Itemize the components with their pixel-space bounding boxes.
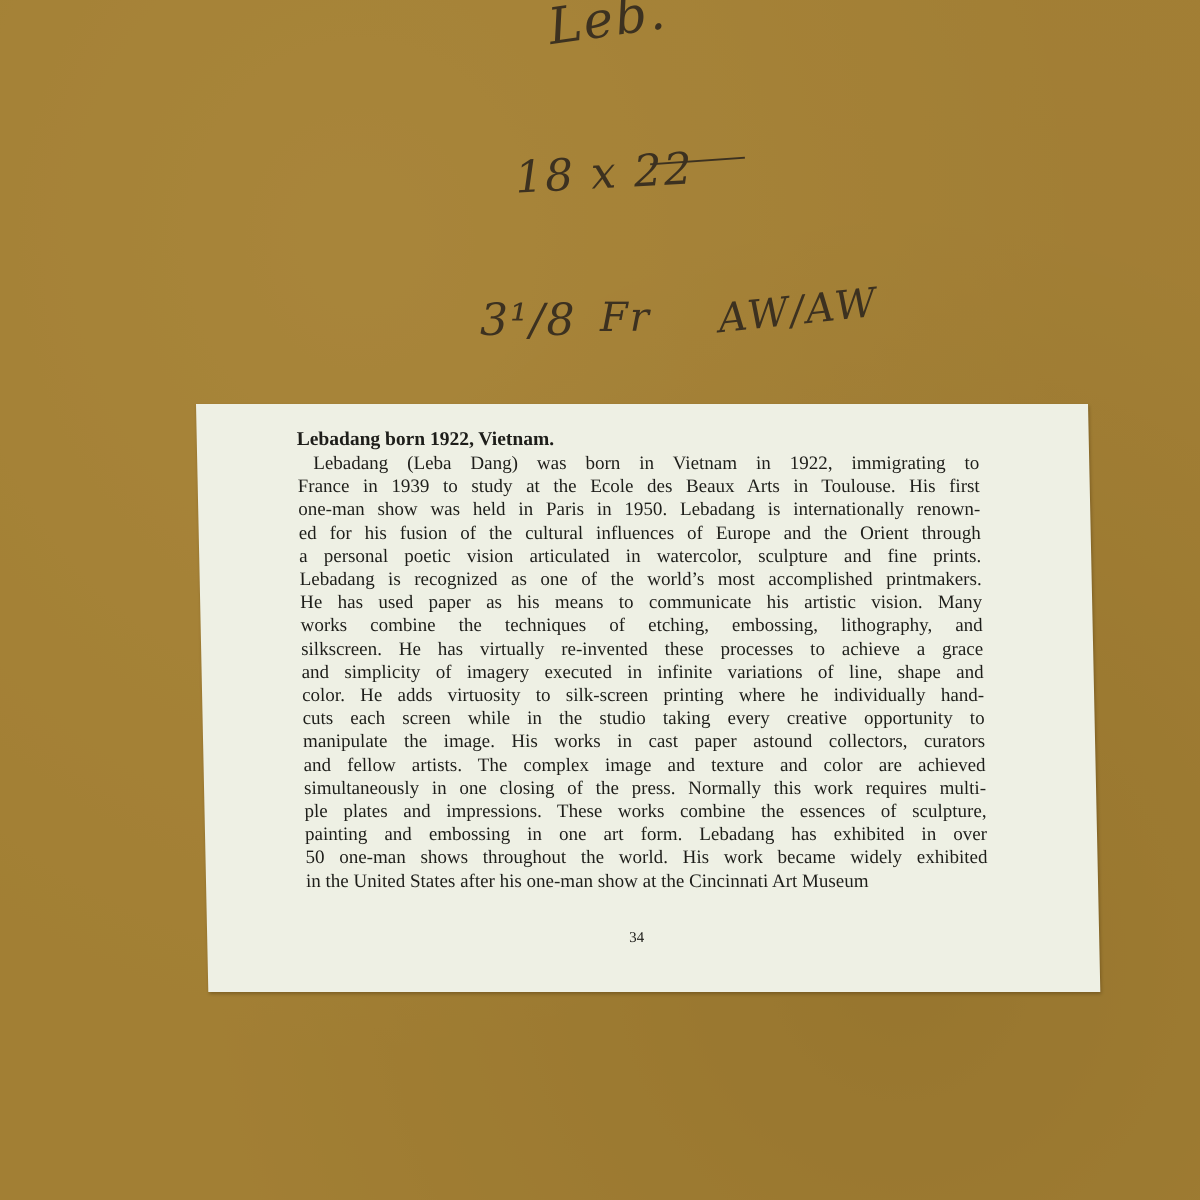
biography-line: ed for his fusion of the cultural influe… (298, 522, 980, 545)
biography-line: 50 one-man shows throughout the world. H… (305, 846, 987, 869)
handwritten-initials: AW/AW (716, 280, 880, 342)
biography-line: one-man show was held in Paris in 1950. … (298, 498, 980, 521)
biography-line: silkscreen. He has virtually re-invented… (301, 638, 983, 661)
biography-text-block: Lebadang born 1922, Vietnam. Lebadang (L… (297, 428, 989, 893)
biography-line: in the United States after his one-man s… (306, 870, 988, 893)
handwritten-dimensions: 18 x 22 (514, 143, 695, 203)
biography-line: painting and embossing in one art form. … (305, 823, 987, 846)
handwritten-mark: Fr (600, 295, 651, 341)
handwritten-fraction: 3¹/8 (480, 295, 576, 346)
biography-line: Lebadang is recognized as one of the wor… (299, 568, 981, 591)
biography-line: simultaneously in one closing of the pre… (304, 777, 986, 800)
page-number: 34 (629, 930, 644, 947)
biography-line: and fellow artists. The complex image an… (303, 754, 985, 777)
biography-line: color. He adds virtuosity to silk-screen… (302, 684, 984, 707)
biography-line: and simplicity of imagery executed in in… (301, 661, 983, 684)
biography-line: ple plates and impressions. These works … (304, 800, 986, 823)
biography-line: Lebadang (Leba Dang) was born in Vietnam… (297, 452, 979, 475)
handwritten-artist-abbrev: Leb. (545, 0, 671, 56)
biography-title: Lebadang born 1922, Vietnam. (297, 428, 980, 452)
biography-line: works combine the techniques of etching,… (300, 614, 982, 637)
printed-biography-label: Lebadang born 1922, Vietnam. Lebadang (L… (196, 404, 1100, 992)
biography-line: cuts each screen while in the studio tak… (302, 707, 984, 730)
biography-line: France in 1939 to study at the Ecole des… (297, 475, 979, 498)
biography-line: He has used paper as his means to commun… (300, 591, 982, 614)
biography-line: manipulate the image. His works in cast … (303, 730, 985, 753)
biography-line: a personal poetic vision articulated in … (299, 545, 981, 568)
